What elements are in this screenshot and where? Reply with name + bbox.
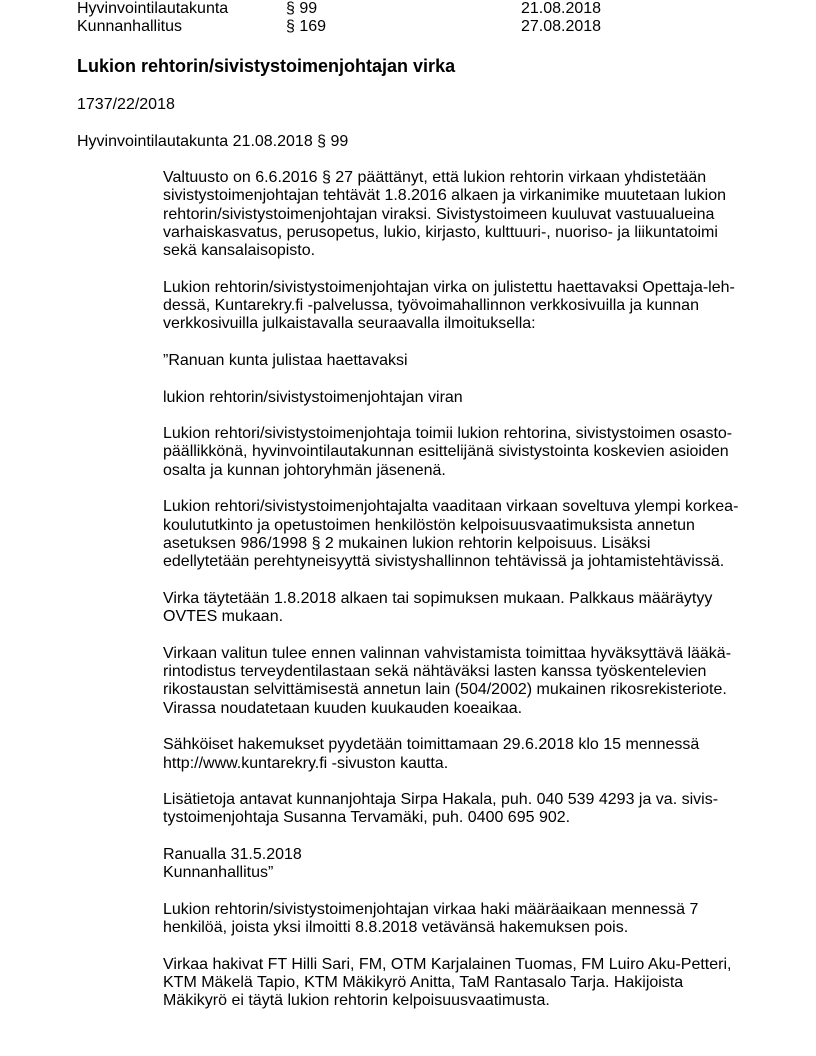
paragraph-line: Lisätietoja antavat kunnanjohtaja Sirpa … <box>163 791 763 809</box>
header-section-number: § 99 <box>286 0 317 18</box>
paragraph-line: rintodistus terveydentilastaan sekä näht… <box>163 663 763 681</box>
body-paragraph: ”Ranuan kunta julistaa haettavaksi <box>163 352 763 370</box>
paragraph-line: osalta ja kunnan johtoryhmän jäsenenä. <box>163 462 763 480</box>
paragraph-line: sivistystoimenjohtajan tehtävät 1.8.2016… <box>163 187 763 205</box>
body-paragraph: Lukion rehtorin/sivistystoimenjohtajan v… <box>163 279 763 334</box>
header-row-kunnanhallitus: Kunnanhallitus § 169 27.08.2018 <box>77 18 757 36</box>
body-paragraph: Valtuusto on 6.6.2016 § 27 päättänyt, et… <box>163 169 763 260</box>
body-paragraph: Virkaa hakivat FT Hilli Sari, FM, OTM Ka… <box>163 956 763 1011</box>
paragraph-line: Lukion rehtori/sivistystoimenjohtajalta … <box>163 498 763 516</box>
paragraph-line: Virka täytetään 1.8.2018 alkaen tai sopi… <box>163 590 763 608</box>
body-paragraph: Lukion rehtori/sivistystoimenjohtajalta … <box>163 498 763 571</box>
paragraph-line: henkilöä, joista yksi ilmoitti 8.8.2018 … <box>163 919 763 937</box>
paragraph-line: OVTES mukaan. <box>163 608 763 626</box>
paragraph-line: sekä kansalaisopisto. <box>163 242 763 260</box>
paragraph-line: lukion rehtorin/sivistystoimenjohtajan v… <box>163 389 763 407</box>
header-body-name: Kunnanhallitus <box>77 18 182 36</box>
paragraph-line: Lukion rehtori/sivistystoimenjohtaja toi… <box>163 425 763 443</box>
paragraph-line: Lukion rehtorin/sivistystoimenjohtajan v… <box>163 901 763 919</box>
paragraph-line: Virassa noudatetaan kuuden kuukauden koe… <box>163 700 763 718</box>
paragraph-line: Sähköiset hakemukset pyydetään toimittam… <box>163 736 763 754</box>
record-number: 1737/22/2018 <box>77 96 175 114</box>
paragraph-line: Valtuusto on 6.6.2016 § 27 päättänyt, et… <box>163 169 763 187</box>
body-paragraph: Ranualla 31.5.2018Kunnanhallitus” <box>163 846 763 883</box>
paragraph-line: koulututkinto ja opetustoimen henkilöstö… <box>163 517 763 535</box>
paragraph-line: ”Ranuan kunta julistaa haettavaksi <box>163 352 763 370</box>
paragraph-line: rehtorin/sivistystoimenjohtajan viraksi.… <box>163 206 763 224</box>
body-paragraph: Lukion rehtori/sivistystoimenjohtaja toi… <box>163 425 763 480</box>
header-body-name: Hyvinvointilautakunta <box>77 0 228 18</box>
body-paragraph: Virkaan valitun tulee ennen valinnan vah… <box>163 645 763 718</box>
paragraph-line: tystoimenjohtaja Susanna Tervamäki, puh.… <box>163 809 763 827</box>
header-section-number: § 169 <box>286 18 326 36</box>
paragraph-line: edellytetään perehtyneisyyttä sivistysha… <box>163 553 763 571</box>
body-paragraph: lukion rehtorin/sivistystoimenjohtajan v… <box>163 389 763 407</box>
meeting-reference: Hyvinvointilautakunta 21.08.2018 § 99 <box>77 133 348 151</box>
paragraph-line: Mäkikyrö ei täytä lukion rehtorin kelpoi… <box>163 992 763 1010</box>
document-page: Hyvinvointilautakunta § 99 21.08.2018 Ku… <box>0 0 816 1056</box>
paragraph-line: päällikkönä, hyvinvointilautakunnan esit… <box>163 443 763 461</box>
body-paragraph: Virka täytetään 1.8.2018 alkaen tai sopi… <box>163 590 763 627</box>
header-meeting-date: 21.08.2018 <box>521 0 601 18</box>
paragraph-line: varhaiskasvatus, perusopetus, lukio, kir… <box>163 224 763 242</box>
body-paragraph: Sähköiset hakemukset pyydetään toimittam… <box>163 736 763 773</box>
paragraph-line: rikostaustan selvittämisestä annetun lai… <box>163 681 763 699</box>
paragraph-line: http://www.kuntarekry.fi -sivuston kautt… <box>163 755 763 773</box>
document-title: Lukion rehtorin/sivistystoimenjohtajan v… <box>77 55 455 77</box>
paragraph-line: KTM Mäkelä Tapio, KTM Mäkikyrö Anitta, T… <box>163 974 763 992</box>
paragraph-line: asetuksen 986/1998 § 2 mukainen lukion r… <box>163 535 763 553</box>
paragraph-line: dessä, Kuntarekry.fi -palvelussa, työvoi… <box>163 297 763 315</box>
header-row-hyvinvointilautakunta: Hyvinvointilautakunta § 99 21.08.2018 <box>77 0 757 18</box>
paragraph-line: Lukion rehtorin/sivistystoimenjohtajan v… <box>163 279 763 297</box>
paragraph-line: Virkaan valitun tulee ennen valinnan vah… <box>163 645 763 663</box>
document-body: Valtuusto on 6.6.2016 § 27 päättänyt, et… <box>163 169 763 1029</box>
paragraph-line: Virkaa hakivat FT Hilli Sari, FM, OTM Ka… <box>163 956 763 974</box>
body-paragraph: Lukion rehtorin/sivistystoimenjohtajan v… <box>163 901 763 938</box>
paragraph-line: Kunnanhallitus” <box>163 864 763 882</box>
paragraph-line: verkkosivuilla julkaistavalla seuraavall… <box>163 315 763 333</box>
paragraph-line: Ranualla 31.5.2018 <box>163 846 763 864</box>
body-paragraph: Lisätietoja antavat kunnanjohtaja Sirpa … <box>163 791 763 828</box>
header-meeting-date: 27.08.2018 <box>521 18 601 36</box>
